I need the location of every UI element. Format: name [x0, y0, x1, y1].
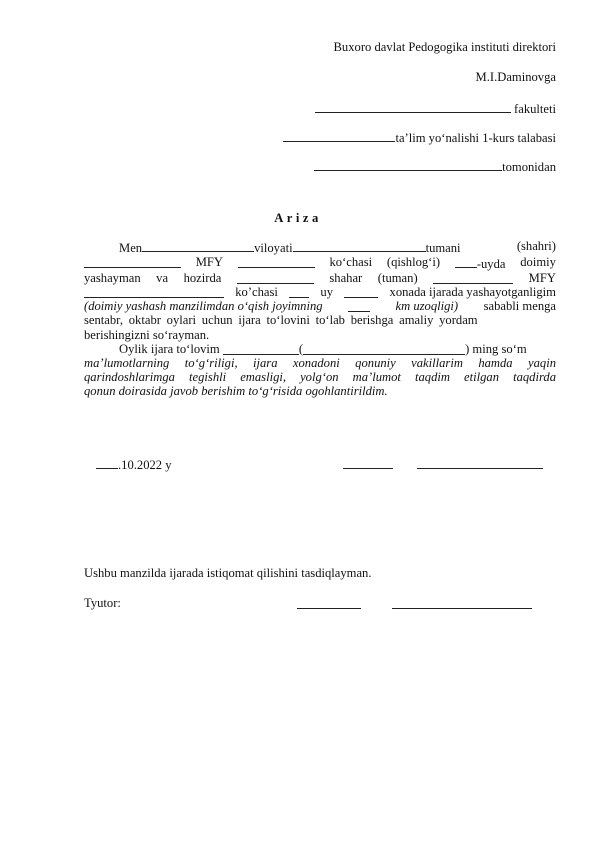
- text-shahri: (shahri): [517, 239, 556, 255]
- text-shahar: shahar: [329, 271, 362, 285]
- body-line-3: yashayman va hozirda shahar (tuman) MFY: [84, 271, 556, 285]
- text-yashayman: yashayman: [84, 271, 141, 285]
- body-line-11: qonun doirasida javob berishim to‘g‘risi…: [84, 384, 556, 398]
- date-line: .10.2022 y: [96, 456, 172, 473]
- current-house-blank[interactable]: [289, 285, 309, 298]
- body-line-8: Oylik ijara to‘lovim () ming so‘m: [84, 342, 556, 356]
- text-mfy: MFY: [196, 255, 223, 271]
- body-line-5: (doimiy yashash manzilimdan o‘qish joyim…: [84, 299, 556, 313]
- signature-name-blank[interactable]: [417, 456, 543, 473]
- text-men: Men: [119, 241, 142, 255]
- text-xonada: xonada ijarada yashayotganligim: [390, 285, 556, 299]
- day-blank[interactable]: [96, 456, 118, 469]
- body-line-10: qarindoshlarimga tegishli emasligi, yolg…: [84, 370, 556, 384]
- text-months: sentabr, oktabr oylari uchun ijara to‘lo…: [84, 313, 478, 327]
- text-tuman: (tuman): [378, 271, 418, 285]
- text-uyda: -uyda: [477, 257, 506, 271]
- current-city-blank[interactable]: [237, 271, 314, 284]
- applicant-line: tomonidan: [314, 158, 556, 175]
- study-direction-blank[interactable]: [283, 129, 395, 142]
- tutor-label: Tyutor:: [84, 596, 121, 611]
- tutor-signature-blank[interactable]: [297, 596, 361, 613]
- text-hozirda: hozirda: [184, 271, 222, 285]
- text-kochasi: ko‘chasi: [330, 255, 373, 271]
- study-direction-label: ta’lim yo‘nalishi 1-kurs talabasi: [395, 131, 556, 145]
- text-doimiy: doimiy: [520, 255, 556, 271]
- date-text: .10.2022 y: [118, 458, 172, 472]
- apartment-blank[interactable]: [344, 285, 378, 298]
- rent-amount-blank[interactable]: [223, 342, 299, 355]
- current-street-blank[interactable]: [84, 285, 224, 298]
- study-direction-line: ta’lim yo‘nalishi 1-kurs talabasi: [283, 129, 556, 146]
- text-mfy-2: MFY: [529, 271, 556, 285]
- district-blank[interactable]: [293, 239, 426, 252]
- text-ming-som: ) ming so‘m: [465, 342, 527, 356]
- text-km-uzoqligi: km uzoqligi): [396, 299, 459, 313]
- application-body: Menviloyatitumani (shahri) MFY ko‘chasi …: [84, 239, 556, 398]
- body-line-6: sentabr, oktabr oylari uchun ijara to‘lo…: [84, 313, 556, 327]
- body-line-9: ma’lumotlarning to‘g‘riligi, ijara xonad…: [84, 356, 556, 370]
- body-line-1: Menviloyatitumani (shahri): [84, 239, 556, 255]
- text-va: va: [156, 271, 168, 285]
- text-tumani: tumani: [426, 241, 461, 255]
- body-line-2: MFY ko‘chasi (qishlog‘i) -uyda doimiy: [84, 255, 556, 271]
- text-distance-intro: (doimiy yashash manzilimdan o‘qish joyim…: [84, 299, 323, 313]
- applicant-label: tomonidan: [502, 160, 556, 174]
- faculty-line: fakulteti: [315, 100, 556, 117]
- signature-blank[interactable]: [343, 456, 393, 473]
- recipient-institution: Buxoro davlat Pedogogika instituti direk…: [334, 40, 556, 55]
- text-viloyati: viloyati: [254, 241, 292, 255]
- text-kochasi-2: ko’chasi: [235, 285, 278, 299]
- text-monthly-rent: Oylik ijara to‘lovim: [119, 342, 220, 356]
- recipient-name: M.I.Daminovga: [476, 70, 556, 85]
- faculty-label: fakulteti: [514, 102, 556, 116]
- rent-amount-words-blank[interactable]: [303, 342, 465, 355]
- document-title: Ariza: [0, 211, 596, 226]
- text-uy: uy: [320, 285, 333, 299]
- current-mfy-blank[interactable]: [433, 271, 513, 284]
- body-line-4: ko’chasi uy xonada ijarada yashayotganli…: [84, 285, 556, 299]
- faculty-blank[interactable]: [315, 100, 511, 113]
- text-sababli: sababli menga: [484, 299, 556, 313]
- region-blank[interactable]: [142, 239, 254, 252]
- text-qishlogi: (qishlog‘i): [387, 255, 440, 271]
- street-blank[interactable]: [238, 255, 315, 268]
- confirmation-text: Ushbu manzilda ijarada istiqomat qilishi…: [84, 566, 372, 581]
- house-blank[interactable]: [455, 255, 477, 268]
- body-line-7: berishingizni so‘rayman.: [84, 328, 556, 342]
- applicant-name-blank[interactable]: [314, 158, 502, 171]
- mfy-blank[interactable]: [84, 255, 181, 268]
- tutor-name-blank[interactable]: [392, 596, 532, 613]
- distance-km-blank[interactable]: [348, 299, 370, 312]
